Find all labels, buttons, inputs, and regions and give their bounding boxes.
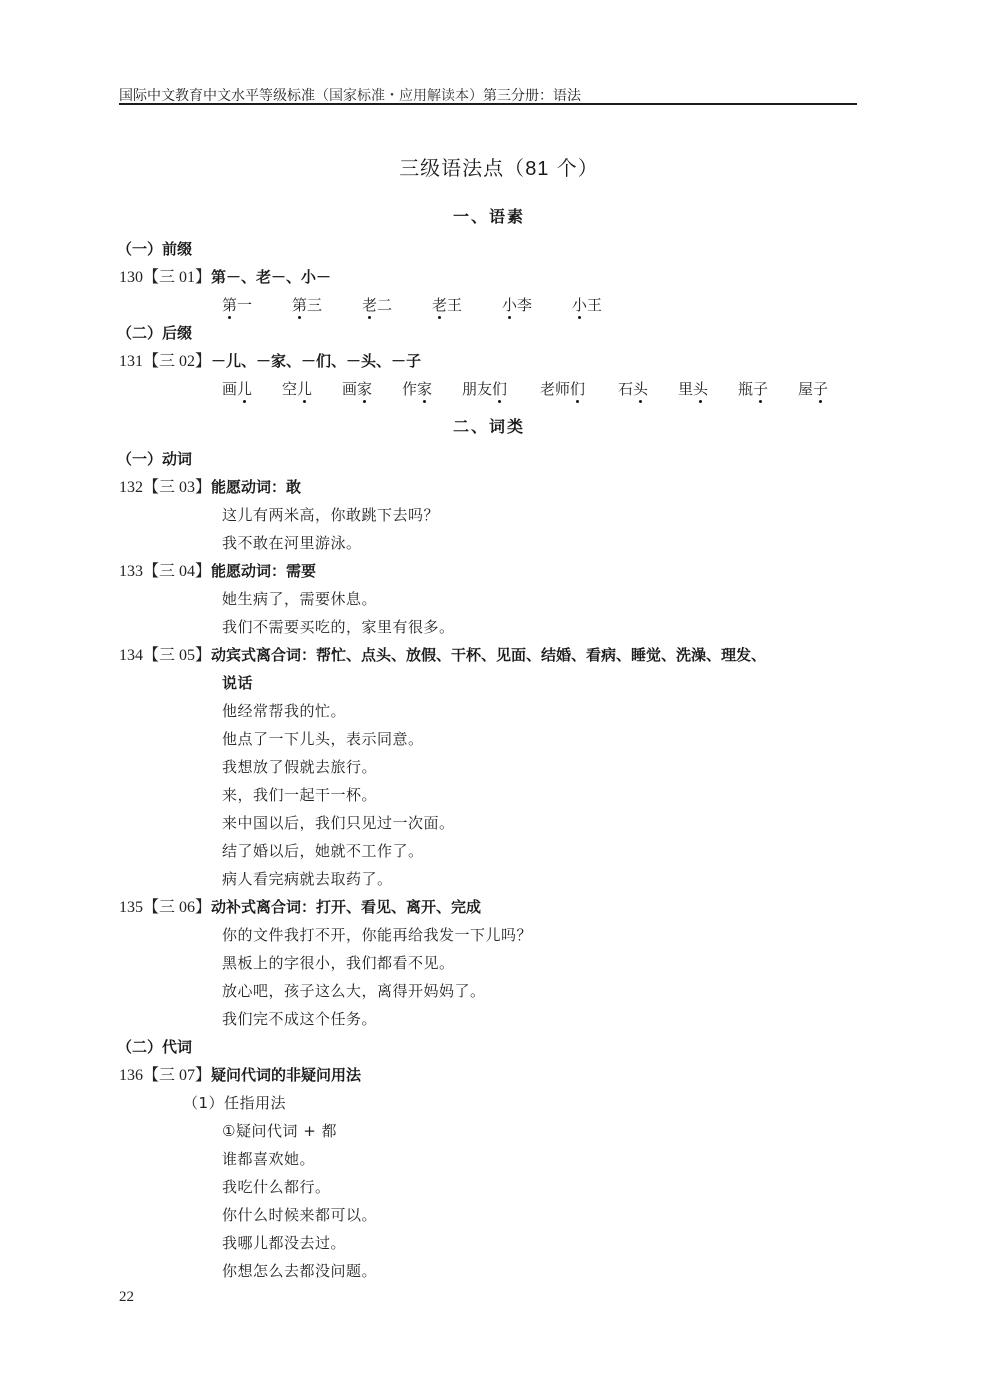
example-word: 屋子 xyxy=(798,379,828,399)
emphasis-dot-char: 小 xyxy=(572,295,587,315)
example-word: 老王 xyxy=(432,295,462,315)
word-rest: 石 xyxy=(618,380,633,398)
emphasis-dot-char: 家 xyxy=(357,379,372,399)
grammar-point-title: 疑问代词的非疑问用法 xyxy=(211,1066,361,1084)
grammar-point-title: 能愿动词：敢 xyxy=(211,478,301,496)
grammar-point-133: 133【三 04】能愿动词：需要 xyxy=(119,561,316,582)
grammar-point-code: 136【三 07】 xyxy=(119,1067,211,1084)
word-rest: 画 xyxy=(222,380,237,398)
page-number: 22 xyxy=(119,1289,134,1306)
example-word: 小王 xyxy=(572,295,602,315)
example-sentence: 我们不需要买吃的，家里有很多。 xyxy=(222,617,455,637)
emphasis-dot-char: 老 xyxy=(432,295,447,315)
header-rule xyxy=(119,103,857,105)
word-rest: 一 xyxy=(237,296,252,314)
grammar-point-code: 133【三 04】 xyxy=(119,563,211,580)
example-word: 老二 xyxy=(362,295,392,315)
word-rest: 画 xyxy=(342,380,357,398)
emphasis-dot-char: 小 xyxy=(502,295,517,315)
grammar-point-136: 136【三 07】疑问代词的非疑问用法 xyxy=(119,1065,361,1086)
grammar-point-135: 135【三 06】动补式离合词：打开、看见、离开、完成 xyxy=(119,897,481,918)
example-word: 第一 xyxy=(222,295,252,315)
example-word: 小李 xyxy=(502,295,532,315)
emphasis-dot-char: 们 xyxy=(492,379,507,399)
example-sentence: 我想放了假就去旅行。 xyxy=(222,757,377,777)
word-rest: 屋 xyxy=(798,380,813,398)
grammar-point-title: －儿、－家、－们、－头、－子 xyxy=(211,352,421,370)
grammar-point-132: 132【三 03】能愿动词：敢 xyxy=(119,477,301,498)
example-sentence: 病人看完病就去取药了。 xyxy=(222,869,393,889)
subsection-heading-prefix: （一）前缀 xyxy=(117,239,192,259)
example-word: 画家 xyxy=(342,379,372,399)
running-head-book-title: 国际中文教育中文水平等级标准 xyxy=(119,88,315,104)
emphasis-dot-char: 儿 xyxy=(297,379,312,399)
example-sentence: 黑板上的字很小，我们都看不见。 xyxy=(222,953,455,973)
word-rest: 三 xyxy=(307,296,322,314)
example-sentence: 结了婚以后，她就不工作了。 xyxy=(222,841,424,861)
usage-pattern: ①疑问代词 + 都 xyxy=(222,1121,337,1141)
grammar-point-title: 第－、老－、小－ xyxy=(211,268,331,286)
emphasis-dot-char: 第 xyxy=(292,295,307,315)
emphasis-dot-char: 子 xyxy=(753,379,768,399)
subsection-heading-suffix: （二）后缀 xyxy=(117,323,192,343)
example-sentence: 他点了一下儿头，表示同意。 xyxy=(222,729,424,749)
example-word: 作家 xyxy=(402,379,432,399)
grammar-point-title: 动宾式离合词：帮忙、点头、放假、干杯、见面、结婚、看病、睡觉、洗澡、理发、 xyxy=(211,646,766,664)
word-rest: 作 xyxy=(402,380,417,398)
grammar-point-code: 130【三 01】 xyxy=(119,269,211,286)
grammar-point-count: 81 xyxy=(525,158,549,180)
document-page: 国际中文教育中文水平等级标准（国家标准・应用解读本）第三分册：语法 三级语法点（… xyxy=(0,0,998,1400)
emphasis-dot-char: 家 xyxy=(417,379,432,399)
example-sentence: 放心吧，孩子这么大，离得开妈妈了。 xyxy=(222,981,486,1001)
grammar-point-code: 134【三 05】 xyxy=(119,647,211,664)
word-rest: 瓶 xyxy=(738,380,753,398)
example-sentence: 你想怎么去都没问题。 xyxy=(222,1261,377,1281)
example-word: 里头 xyxy=(678,379,708,399)
running-head-volume: 第三分册：语法 xyxy=(483,88,581,104)
emphasis-dot-char: 头 xyxy=(693,379,708,399)
running-head-edition: （国家标准・应用解读本） xyxy=(315,88,483,104)
word-rest: 王 xyxy=(447,296,462,314)
emphasis-dot-char: 第 xyxy=(222,295,237,315)
example-word: 朋友们 xyxy=(462,379,507,399)
grammar-point-title: 动补式离合词：打开、看见、离开、完成 xyxy=(211,898,481,916)
word-rest: 里 xyxy=(678,380,693,398)
example-word: 石头 xyxy=(618,379,648,399)
example-sentence: 他经常帮我的忙。 xyxy=(222,701,346,721)
example-word: 空儿 xyxy=(282,379,312,399)
word-rest: 二 xyxy=(377,296,392,314)
running-head: 国际中文教育中文水平等级标准（国家标准・应用解读本）第三分册：语法 xyxy=(119,88,857,104)
word-rest: 李 xyxy=(517,296,532,314)
example-sentence: 你的文件我打不开，你能再给我发一下儿吗？ xyxy=(222,925,532,945)
example-sentence: 我不敢在河里游泳。 xyxy=(222,533,362,553)
grammar-point-130: 130【三 01】第－、老－、小－ xyxy=(119,267,331,288)
example-sentence: 谁都喜欢她。 xyxy=(222,1149,315,1169)
example-sentence: 我吃什么都行。 xyxy=(222,1177,331,1197)
word-rest: 朋友 xyxy=(462,380,492,398)
grammar-point-title: 能愿动词：需要 xyxy=(211,562,316,580)
emphasis-dot-char: 们 xyxy=(570,379,585,399)
example-word: 第三 xyxy=(292,295,322,315)
example-sentence: 来，我们一起干一杯。 xyxy=(222,785,377,805)
title-suffix: 个） xyxy=(549,156,598,180)
page-title: 三级语法点（81 个） xyxy=(0,155,998,182)
section-heading-word-classes: 二、词类 xyxy=(0,417,978,437)
emphasis-dot-char: 儿 xyxy=(237,379,252,399)
subsection-heading-pronouns: （二）代词 xyxy=(117,1037,192,1057)
example-word: 老师们 xyxy=(540,379,585,399)
emphasis-dot-char: 头 xyxy=(633,379,648,399)
example-sentence: 这儿有两米高，你敢跳下去吗？ xyxy=(222,505,439,525)
grammar-point-code: 135【三 06】 xyxy=(119,899,211,916)
example-word: 瓶子 xyxy=(738,379,768,399)
grammar-point-title-continued: 说话 xyxy=(222,673,253,693)
example-sentence: 她生病了，需要休息。 xyxy=(222,589,377,609)
subsection-heading-verbs: （一）动词 xyxy=(117,449,192,469)
grammar-point-code: 131【三 02】 xyxy=(119,353,211,370)
example-sentence: 来中国以后，我们只见过一次面。 xyxy=(222,813,455,833)
word-rest: 老师 xyxy=(540,380,570,398)
word-rest: 空 xyxy=(282,380,297,398)
example-word: 画儿 xyxy=(222,379,252,399)
section-heading-morphemes: 一、语素 xyxy=(0,207,978,227)
emphasis-dot-char: 老 xyxy=(362,295,377,315)
example-sentence: 我哪儿都没去过。 xyxy=(222,1233,346,1253)
word-rest: 王 xyxy=(587,296,602,314)
grammar-point-131: 131【三 02】－儿、－家、－们、－头、－子 xyxy=(119,351,421,372)
example-sentence: 我们完不成这个任务。 xyxy=(222,1009,377,1029)
example-sentence: 你什么时候来都可以。 xyxy=(222,1205,377,1225)
emphasis-dot-char: 子 xyxy=(813,379,828,399)
usage-heading: （1）任指用法 xyxy=(183,1093,286,1113)
title-prefix: 三级语法点（ xyxy=(399,156,525,180)
grammar-point-134: 134【三 05】动宾式离合词：帮忙、点头、放假、干杯、见面、结婚、看病、睡觉、… xyxy=(119,645,766,666)
grammar-point-code: 132【三 03】 xyxy=(119,479,211,496)
